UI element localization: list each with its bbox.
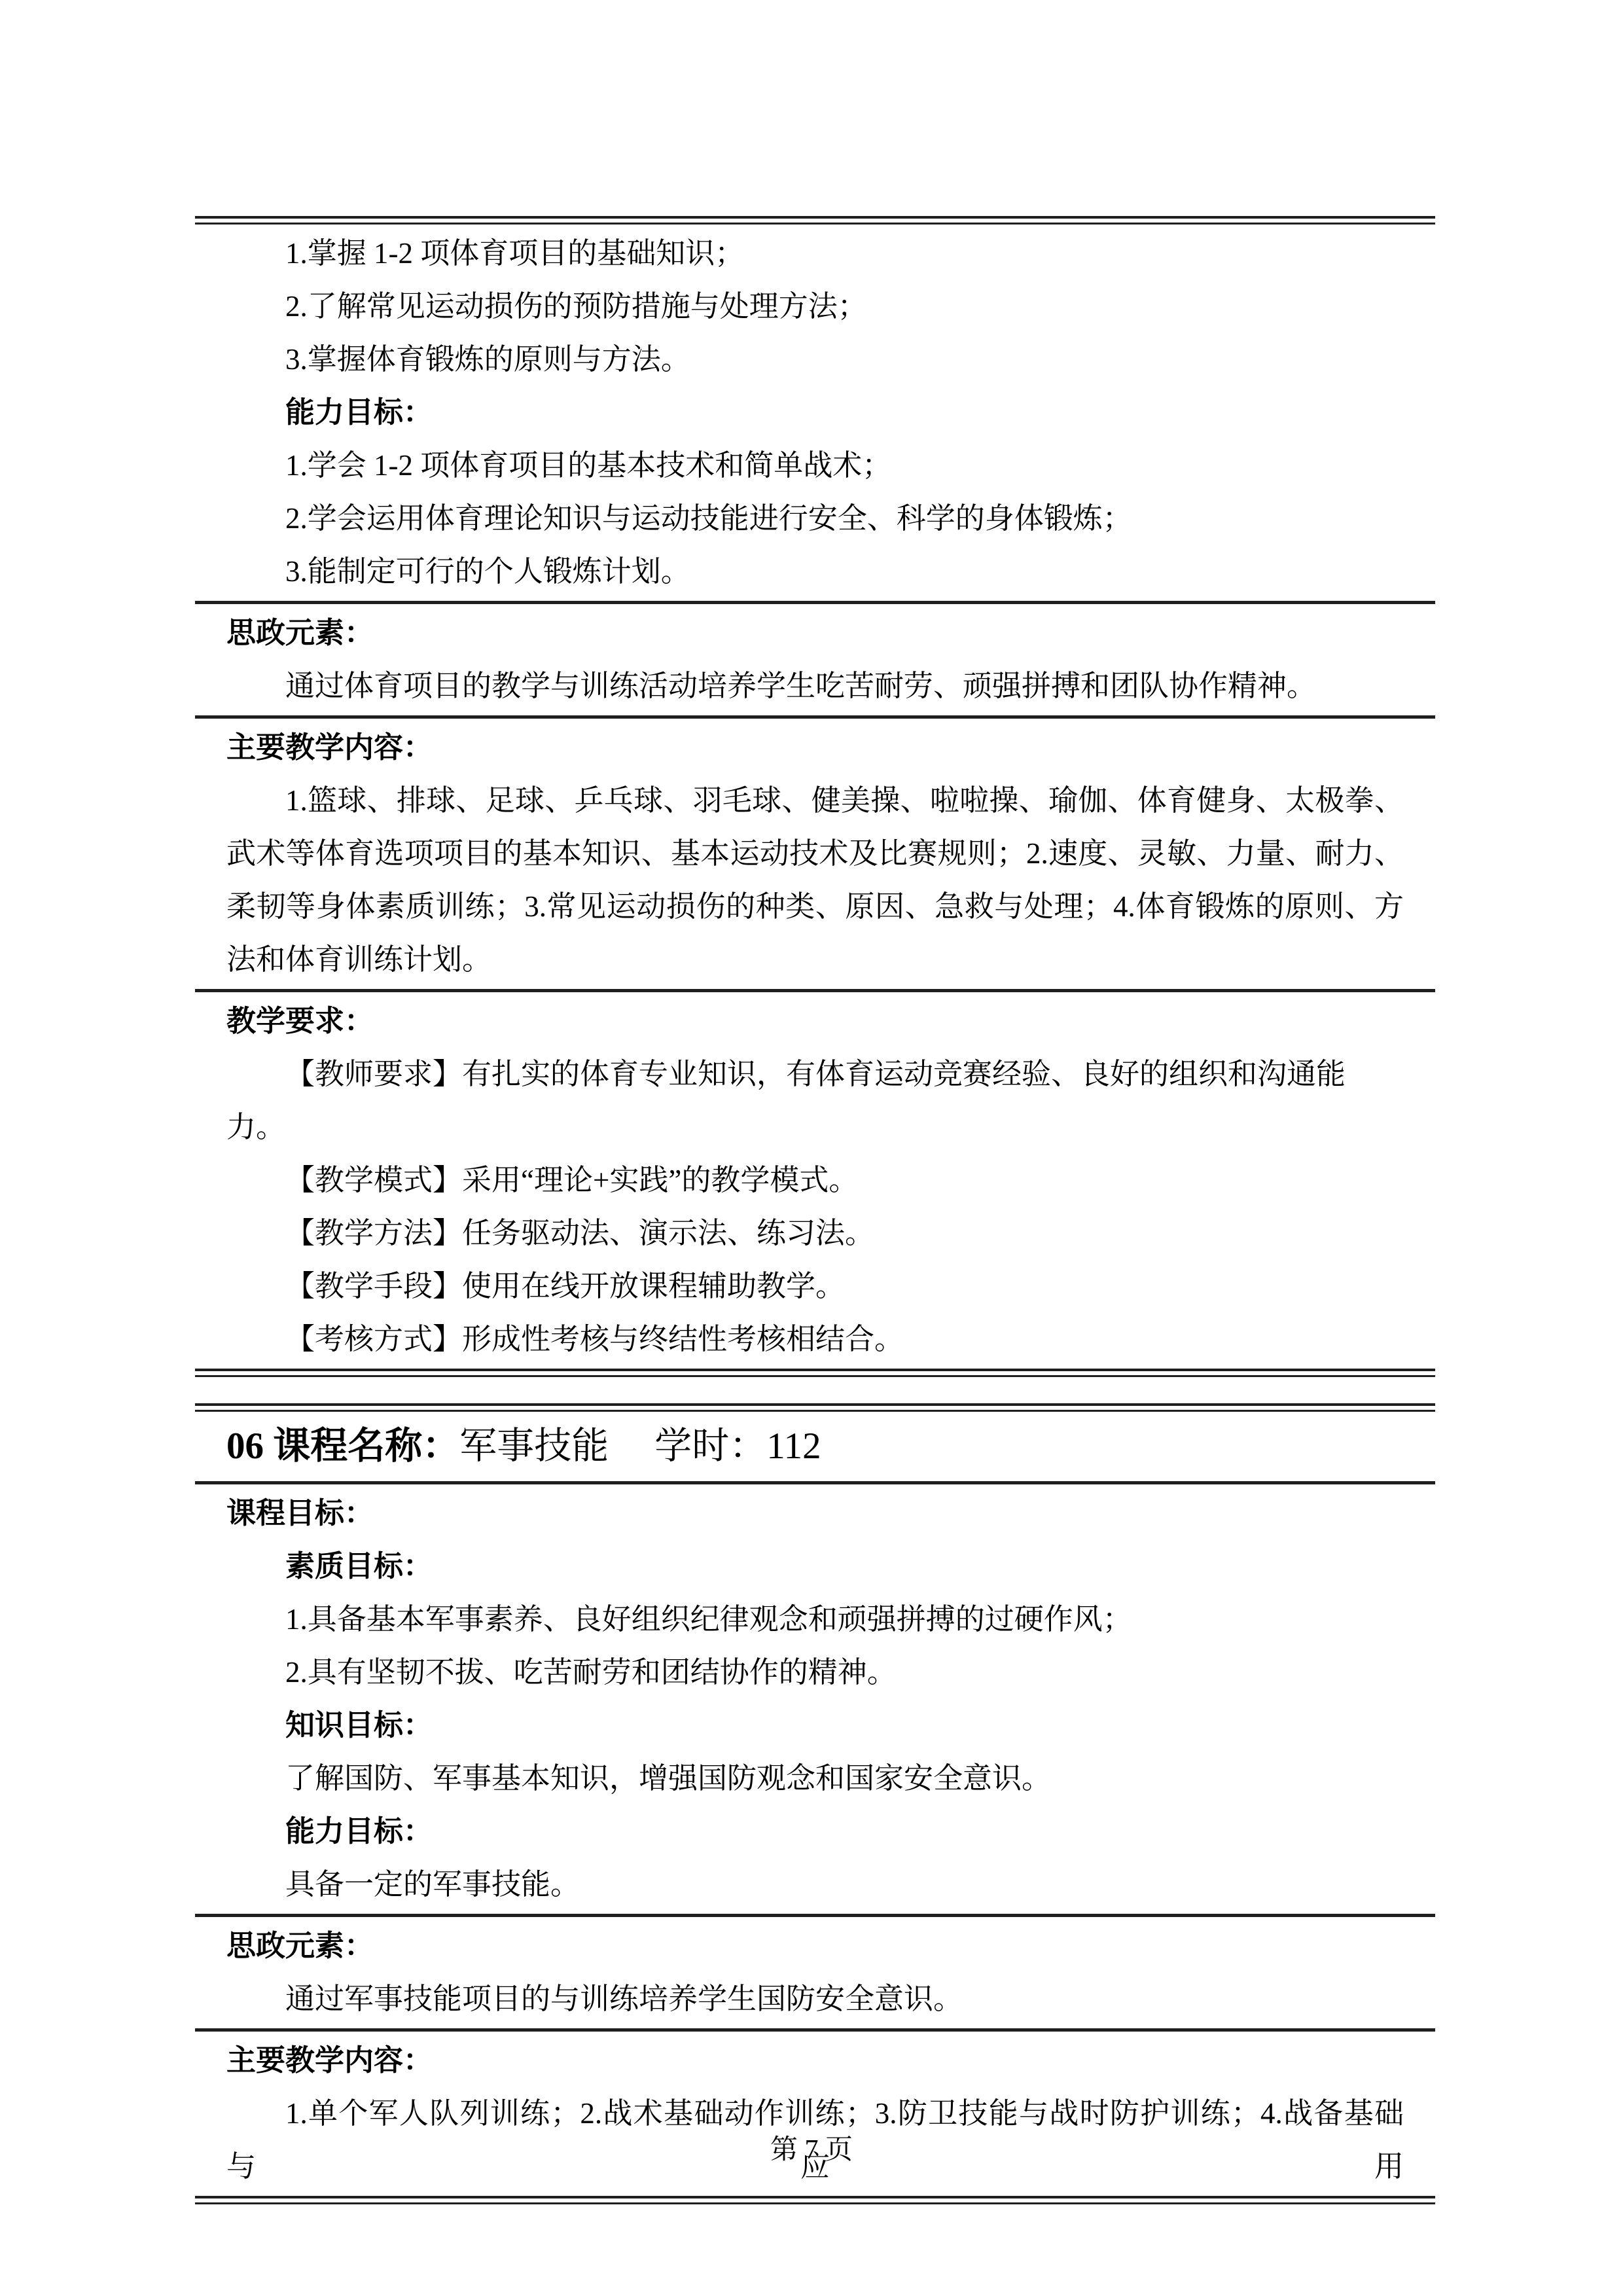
content-text: 1.篮球、排球、足球、乒乓球、羽毛球、健美操、啦啦操、瑜伽、体育健身、太极拳、武… xyxy=(226,774,1404,986)
ability-objective-text: 具备一定的军事技能。 xyxy=(226,1858,1404,1911)
table-bottom-double-rule xyxy=(195,1369,1435,1377)
requirement-item: 【教学模式】采用“理论+实践”的教学模式。 xyxy=(226,1154,1404,1207)
content-heading: 主要教学内容： xyxy=(226,2034,1404,2087)
course05-requirements-cell: 教学要求： 【教师要求】有扎实的体育专业知识，有体育运动竞赛经验、良好的组织和沟… xyxy=(195,992,1435,1369)
ideology-heading: 思政元素： xyxy=(226,1920,1404,1973)
requirement-item: 【教师要求】有扎实的体育专业知识，有体育运动竞赛经验、良好的组织和沟通能力。 xyxy=(226,1048,1404,1154)
page-footer: 第 7 页 xyxy=(0,2124,1623,2177)
table-top-double-rule xyxy=(195,216,1435,224)
course05-ideology-cell: 思政元素： 通过体育项目的教学与训练活动培养学生吃苦耐劳、顽强拼搏和团队协作精神… xyxy=(195,604,1435,715)
course06-ideology-cell: 思政元素： 通过军事技能项目的与训练培养学生国防安全意识。 xyxy=(195,1917,1435,2028)
page-number: 第 7 页 xyxy=(770,2135,853,2165)
knowledge-objectives-heading: 知识目标： xyxy=(226,1699,1404,1752)
page-break-double-rule xyxy=(195,2196,1435,2204)
course05-objectives-cell: 1.掌握 1-2 项体育项目的基础知识； 2.了解常见运动损伤的预防措施与处理方… xyxy=(195,224,1435,601)
hours-value: 112 xyxy=(766,1426,821,1467)
objectives-heading: 课程目标： xyxy=(226,1487,1404,1540)
content-heading: 主要教学内容： xyxy=(226,721,1404,774)
document-page: 1.掌握 1-2 项体育项目的基础知识； 2.了解常见运动损伤的预防措施与处理方… xyxy=(0,0,1623,2296)
knowledge-objective-item: 2.了解常见运动损伤的预防措施与处理方法； xyxy=(226,280,1404,333)
course-name: 军事技能 xyxy=(459,1426,609,1467)
table-top-double-rule xyxy=(195,1403,1435,1412)
requirement-item: 【教学手段】使用在线开放课程辅助教学。 xyxy=(226,1260,1404,1313)
requirement-item: 【考核方式】形成性考核与终结性考核相结合。 xyxy=(226,1313,1404,1366)
quality-objective-item: 1.具备基本军事素养、良好组织纪律观念和顽强拼搏的过硬作风； xyxy=(226,1593,1404,1646)
ability-objective-item: 3.能制定可行的个人锻炼计划。 xyxy=(226,545,1404,598)
hours-label: 学时： xyxy=(654,1426,766,1467)
requirement-item: 【教学方法】任务驱动法、演示法、练习法。 xyxy=(226,1207,1404,1260)
ability-objective-item: 1.学会 1-2 项体育项目的基本技术和简单战术； xyxy=(226,439,1404,492)
ideology-text: 通过军事技能项目的与训练培养学生国防安全意识。 xyxy=(226,1973,1404,2026)
course05-content-cell: 主要教学内容： 1.篮球、排球、足球、乒乓球、羽毛球、健美操、啦啦操、瑜伽、体育… xyxy=(195,719,1435,989)
ideology-heading: 思政元素： xyxy=(226,607,1404,660)
course-number-label: 06 课程名称： xyxy=(226,1426,459,1467)
course06-title-row: 06 课程名称：军事技能学时：112 xyxy=(195,1412,1435,1481)
table-gap xyxy=(195,1377,1435,1403)
knowledge-objective-item: 3.掌握体育锻炼的原则与方法。 xyxy=(226,333,1404,386)
ability-objectives-heading: 能力目标： xyxy=(226,1805,1404,1858)
ideology-text: 通过体育项目的教学与训练活动培养学生吃苦耐劳、顽强拼搏和团队协作精神。 xyxy=(226,660,1404,713)
ability-objectives-heading: 能力目标： xyxy=(226,386,1404,439)
quality-objectives-heading: 素质目标： xyxy=(226,1540,1404,1593)
requirements-heading: 教学要求： xyxy=(226,995,1404,1048)
quality-objective-item: 2.具有坚韧不拔、吃苦耐劳和团结协作的精神。 xyxy=(226,1646,1404,1699)
course06-objectives-cell: 课程目标： 素质目标： 1.具备基本军事素养、良好组织纪律观念和顽强拼搏的过硬作… xyxy=(195,1484,1435,1914)
knowledge-objective-text: 了解国防、军事基本知识，增强国防观念和国家安全意识。 xyxy=(226,1752,1404,1805)
document-body: 1.掌握 1-2 项体育项目的基础知识； 2.了解常见运动损伤的预防措施与处理方… xyxy=(195,216,1435,2204)
knowledge-objective-item: 1.掌握 1-2 项体育项目的基础知识； xyxy=(226,227,1404,280)
ability-objective-item: 2.学会运用体育理论知识与运动技能进行安全、科学的身体锻炼； xyxy=(226,492,1404,545)
